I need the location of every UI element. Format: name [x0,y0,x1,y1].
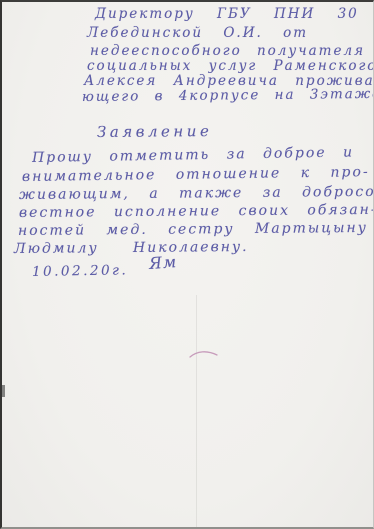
header-line: ющего в 4корпусе на 3этаже. [82,86,374,105]
body-line: Прошу отметить за доброе и [32,144,354,166]
body-line: живающим, а также за добросо- [19,184,374,203]
header-line: Лебединской О.И. от [87,25,308,41]
body-line: Людмилу Николаевну. [14,239,249,257]
signature: Ям [148,252,177,273]
pink-pen-mark [187,347,221,361]
pen-stroke [190,352,217,357]
body-line: ностей мед. сестру Мартыцыну [18,220,368,239]
scanned-handwritten-letter: Директору ГБУ ПНИ 30 Лебединской О.И. от… [0,0,374,529]
body-line: внимательное отношение к про- [22,164,370,185]
header-line: Директору ГБУ ПНИ 30 [95,6,359,22]
scan-fold-line [196,295,197,529]
header-line: социальных услуг Раменского [87,58,374,74]
scan-edge-mark [2,385,5,397]
letter-date: 10.02.20г. [32,262,128,280]
body-line: вестное исполнение своих обязан- [19,202,374,221]
header-line: недееспособного получателя [90,43,365,59]
letter-title: Заявление [97,122,212,141]
